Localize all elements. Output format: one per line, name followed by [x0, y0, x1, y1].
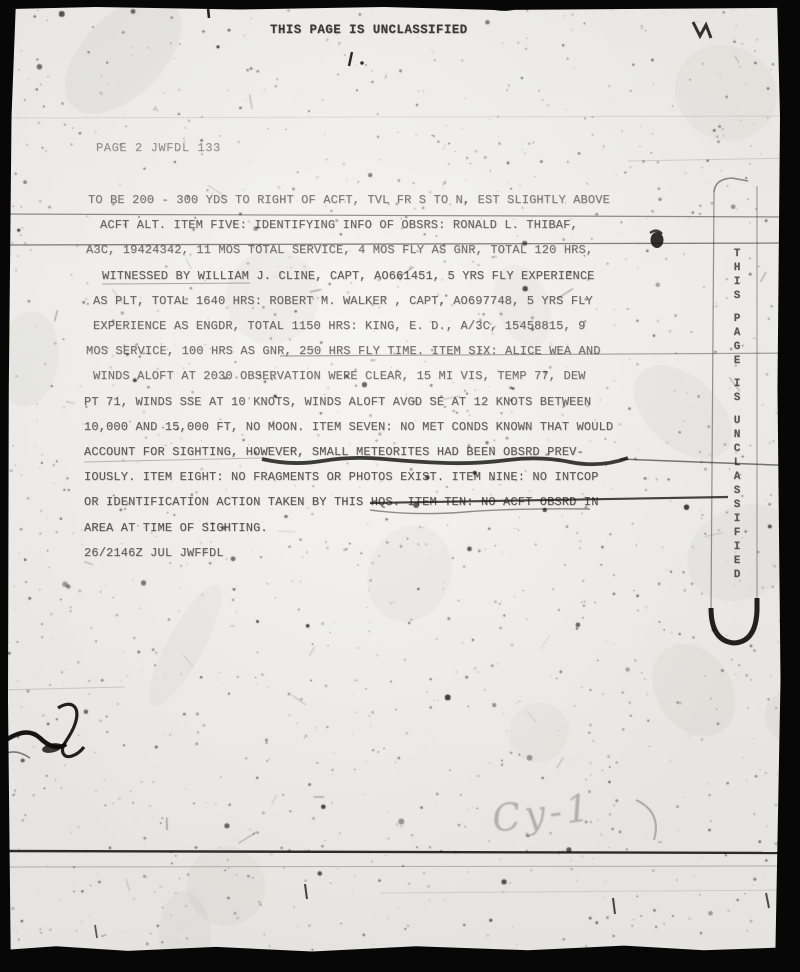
stamp-letter: G	[729, 340, 745, 354]
stamp-letter: I	[729, 540, 745, 554]
stamp-letter: S	[729, 498, 745, 512]
stamp-gap	[729, 368, 745, 377]
scan-border-top	[0, 0, 800, 10]
document-line: A3C, 19424342, 11 MOS TOTAL SERVICE, 4 M…	[84, 238, 724, 263]
stamp-letter: F	[729, 526, 745, 540]
scan-border-right	[775, 0, 800, 972]
document-line: WINDS ALOFT AT 2030 OBSERVATION WERE CLE…	[84, 364, 724, 389]
stamp-letter: L	[729, 456, 745, 470]
stamp-letter: I	[729, 275, 745, 289]
document-line: ACCOUNT FOR SIGHTING, HOWEVER, SMALL MET…	[84, 440, 724, 465]
classification-header-stamp: THIS PAGE IS UNCLASSIFIED	[270, 23, 468, 37]
document-line: ACFT ALT. ITEM FIVE: IDENTIFYING INFO OF…	[84, 213, 724, 238]
stamp-letter: U	[729, 414, 745, 428]
document-line: EXPERIENCE AS ENGDR, TOTAL 1150 HRS: KIN…	[84, 314, 724, 339]
scan-border-left	[0, 0, 16, 972]
stamp-letter: D	[729, 568, 745, 582]
document-line: OR IDENTIFICATION ACTION TAKEN BY THIS H…	[84, 490, 724, 515]
page-label: PAGE 2 JWFDL 133	[96, 141, 221, 155]
scanned-document-page: THIS PAGE IS UNCLASSIFIED PAGE 2 JWFDL 1…	[0, 0, 800, 972]
document-line: AS PLT, TOTAL 1640 HRS: ROBERT M. WALKER…	[84, 289, 724, 314]
vertical-classification-stamp: THISPAGEISUNCLASSIFIED	[729, 247, 745, 582]
document-line: 10,000 AND 15,000 FT, NO MOON. ITEM SEVE…	[84, 415, 724, 440]
stamp-gap	[729, 405, 745, 414]
stamp-letter: A	[729, 470, 745, 484]
stamp-letter: T	[729, 247, 745, 261]
document-line: IOUSLY. ITEM EIGHT: NO FRAGMENTS OR PHOT…	[84, 465, 724, 490]
document-line: AREA AT TIME OF SIGHTING.	[84, 516, 724, 541]
typewritten-body: TO BE 200 - 300 YDS TO RIGHT OF ACFT, TV…	[84, 188, 724, 566]
document-line: WITNESSED BY WILLIAM J. CLINE, CAPT, AO6…	[84, 264, 724, 289]
document-line: MOS SERVICE, 100 HRS AS GNR, 250 HRS FLY…	[84, 339, 724, 364]
stamp-letter: N	[729, 428, 745, 442]
handwritten-note: Cy-1	[490, 786, 596, 841]
stamp-letter: P	[729, 312, 745, 326]
stamp-letter: S	[729, 391, 745, 405]
stamp-letter: I	[729, 512, 745, 526]
stamp-letter: E	[729, 554, 745, 568]
scan-border-bottom	[0, 939, 800, 972]
stamp-letter: A	[729, 326, 745, 340]
stamp-letter: E	[729, 354, 745, 368]
stamp-letter: I	[729, 377, 745, 391]
document-line: TO BE 200 - 300 YDS TO RIGHT OF ACFT, TV…	[84, 188, 724, 213]
stamp-letter: S	[729, 289, 745, 303]
document-line: PT 71, WINDS SSE AT 10 KNOTS, WINDS ALOF…	[84, 390, 724, 415]
stamp-letter: H	[729, 261, 745, 275]
stamp-gap	[729, 303, 745, 312]
stamp-letter: C	[729, 442, 745, 456]
document-line: 26/2146Z JUL JWFFDL	[84, 541, 724, 566]
stamp-letter: S	[729, 484, 745, 498]
